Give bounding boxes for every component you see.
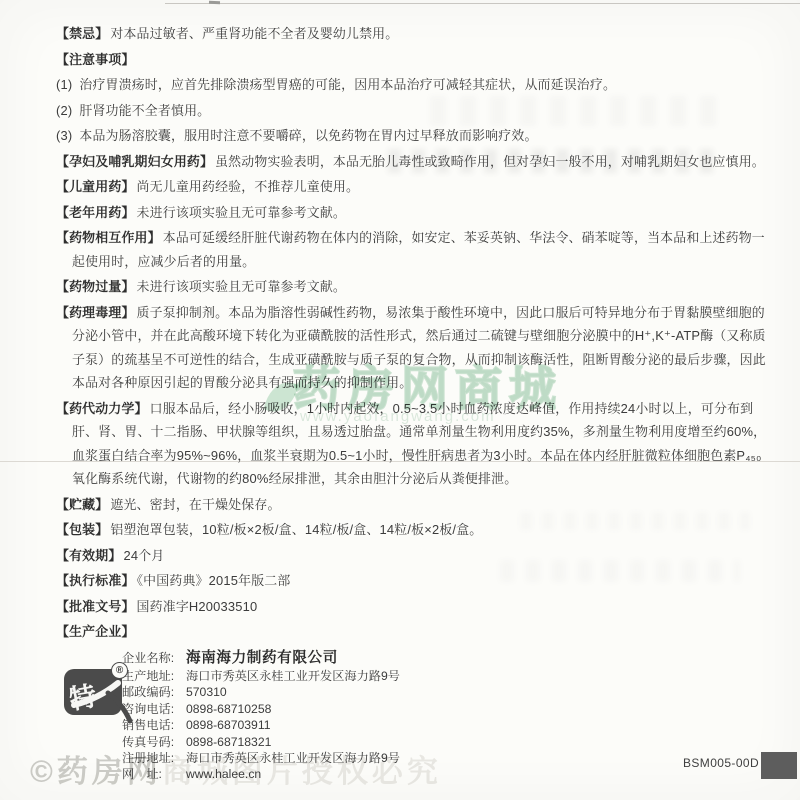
section-text: 质子泵抑制剂。本品为脂溶性弱碱性药物，易浓集于酸性环境中，因此口服后可特异地分布… <box>72 305 766 391</box>
leaflet-section: (2)肝肾功能不全者慎用。 <box>56 99 768 123</box>
manufacturer-rows: 企业名称:海南海力制药有限公司 生产地址:海口市秀英区永桂工业开发区海力路9号 … <box>122 648 400 783</box>
section-label: 【药物过量】 <box>56 279 135 294</box>
manufacturer-row: 传真号码:0898-68718321 <box>122 734 400 750</box>
manufacturer-row: 咨询电话:0898-68710258 <box>122 701 400 717</box>
leaflet-section: 【药代动力学】口服本品后，经小肠吸收，1小时内起效，0.5~3.5小时血药浓度达… <box>56 397 768 491</box>
leaflet-section: 【药物过量】未进行该项实验且无可靠参考文献。 <box>56 275 768 299</box>
section-label: 【药理毒理】 <box>56 305 135 320</box>
section-label: 【生产企业】 <box>56 624 135 639</box>
row-label: 网 址: <box>122 766 186 782</box>
row-label: 注册地址: <box>122 750 186 766</box>
logo-swoosh-stroke <box>64 669 142 733</box>
section-text: 本品可延缓经肝脏代谢药物在体内的消除，如安定、苯妥英钠、华法令、硝苯啶等，当本品… <box>72 230 765 269</box>
row-value: 0898-68718321 <box>186 735 271 749</box>
section-label: 【批准文号】 <box>56 599 135 614</box>
section-text: 遮光、密封，在干燥处保存。 <box>110 497 280 512</box>
leaflet-section: 【老年用药】未进行该项实验且无可靠参考文献。 <box>56 201 768 225</box>
row-label: 企业名称: <box>122 648 186 668</box>
print-color-calibration-block <box>761 752 797 779</box>
leaflet-section: (3)本品为肠溶胶囊，服用时注意不要嚼碎，以免药物在胃内过早释放而影响疗效。 <box>56 124 768 148</box>
leaflet-section: (1)治疗胃溃疡时，应首先排除溃疡型胃癌的可能，因用本品治疗可减轻其症状，从而延… <box>56 73 768 97</box>
paper-edge-mark <box>209 1 220 4</box>
leaflet-section: 【禁忌】对本品过敏者、严重肾功能不全者及婴幼儿禁用。 <box>56 22 768 46</box>
leaflet-section: 【儿童用药】尚无儿童用药经验，不推荐儿童使用。 <box>56 175 768 199</box>
section-text: 对本品过敏者、严重肾功能不全者及婴幼儿禁用。 <box>110 26 398 41</box>
row-value: 0898-68710258 <box>186 702 271 716</box>
manufacturer-block: 特 ® 企业名称:海南海力制药有限公司 生产地址:海口市秀英区永桂工业开发区海力… <box>56 648 400 783</box>
leaflet-section: 【有效期】24个月 <box>56 544 768 568</box>
section-text: 口服本品后，经小肠吸收，1小时内起效，0.5~3.5小时血药浓度达峰值，作用持续… <box>72 401 766 487</box>
brand-logo: 特 ® <box>64 669 122 715</box>
leaflet-section: 【包装】铝塑泡罩包装，10粒/板×2板/盒、14粒/板/盒、14粒/板×2板/盒… <box>56 518 768 542</box>
paper-edge-line <box>165 3 800 4</box>
section-label: 【贮藏】 <box>56 497 108 512</box>
section-label: 【儿童用药】 <box>56 179 135 194</box>
section-label: 【禁忌】 <box>56 26 108 41</box>
row-value: www.halee.cn <box>186 767 261 781</box>
section-text: 本品为肠溶胶囊，服用时注意不要嚼碎，以免药物在胃内过早释放而影响疗效。 <box>79 128 537 143</box>
section-text: 国药准字H20033510 <box>137 599 258 614</box>
leaflet-section: 【药物相互作用】本品可延缓经肝脏代谢药物在体内的消除，如安定、苯妥英钠、华法令、… <box>56 226 768 273</box>
manufacturer-row: 邮政编码:570310 <box>122 684 400 700</box>
section-label: 【有效期】 <box>56 548 121 563</box>
leaflet-section: 【执行标准】《中国药典》2015年版二部 <box>56 569 768 593</box>
section-text: 尚无儿童用药经验，不推荐儿童使用。 <box>137 179 360 194</box>
manufacturer-row: 企业名称:海南海力制药有限公司 <box>122 648 400 668</box>
document-code: BSM005-00D <box>683 756 759 770</box>
manufacturer-row: 注册地址:海口市秀英区永桂工业开发区海力路9号 <box>122 750 400 766</box>
section-label: (2) <box>56 103 72 118</box>
section-label: 【药物相互作用】 <box>56 230 161 245</box>
leaflet-page: 药房网商城 www.yaofangwang.com ©药房网商城图片授权必究 【… <box>0 0 800 800</box>
section-text: 24个月 <box>123 548 164 563</box>
section-text: 铝塑泡罩包装，10粒/板×2板/盒、14粒/板/盒、14粒/板×2板/盒。 <box>110 522 482 537</box>
section-text: 治疗胃溃疡时，应首先排除溃疡型胃癌的可能，因用本品治疗可减轻其症状，从而延误治疗… <box>79 77 616 92</box>
section-text: 虽然动物实验表明，本品无胎儿毒性或致畸作用，但对孕妇一般不用，对哺乳期妇女也应慎… <box>215 154 765 169</box>
row-value: 海口市秀英区永桂工业开发区海力路9号 <box>186 669 400 683</box>
section-text: 未进行该项实验且无可靠参考文献。 <box>137 279 346 294</box>
section-label: 【药代动力学】 <box>56 401 148 416</box>
leaflet-section: 【贮藏】遮光、密封，在干燥处保存。 <box>56 493 768 517</box>
section-label: (1) <box>56 77 72 92</box>
section-label: 【孕妇及哺乳期妇女用药】 <box>56 154 213 169</box>
section-label: 【老年用药】 <box>56 205 135 220</box>
section-text: 肝肾功能不全者慎用。 <box>79 103 210 118</box>
section-text: 未进行该项实验且无可靠参考文献。 <box>137 205 346 220</box>
row-label: 传真号码: <box>122 734 186 750</box>
sections: 【禁忌】对本品过敏者、严重肾功能不全者及婴幼儿禁用。 【注意事项】 (1)治疗胃… <box>56 22 768 646</box>
section-text: 《中国药典》2015年版二部 <box>137 573 291 588</box>
row-value: 0898-68703911 <box>186 718 271 732</box>
manufacturer-row: 销售电话:0898-68703911 <box>122 717 400 733</box>
leaflet-section: 【药理毒理】质子泵抑制剂。本品为脂溶性弱碱性药物，易浓集于酸性环境中，因此口服后… <box>56 301 768 395</box>
leaflet-section: 【孕妇及哺乳期妇女用药】虽然动物实验表明，本品无胎儿毒性或致畸作用，但对孕妇一般… <box>56 150 768 174</box>
row-value: 海口市秀英区永桂工业开发区海力路9号 <box>186 751 400 765</box>
section-label: 【包装】 <box>56 522 108 537</box>
section-label: (3) <box>56 128 72 143</box>
leaflet-section: 【注意事项】 <box>56 48 768 72</box>
registered-trademark-icon: ® <box>111 662 128 679</box>
section-label: 【执行标准】 <box>56 573 135 588</box>
leaflet-section: 【生产企业】 <box>56 620 768 644</box>
manufacturer-row: 网 址:www.halee.cn <box>122 766 400 782</box>
row-value: 海南海力制药有限公司 <box>186 650 338 666</box>
leaflet-section: 【批准文号】国药准字H20033510 <box>56 595 768 619</box>
section-label: 【注意事项】 <box>56 52 135 67</box>
manufacturer-row: 生产地址:海口市秀英区永桂工业开发区海力路9号 <box>122 668 400 684</box>
row-value: 570310 <box>186 685 227 699</box>
